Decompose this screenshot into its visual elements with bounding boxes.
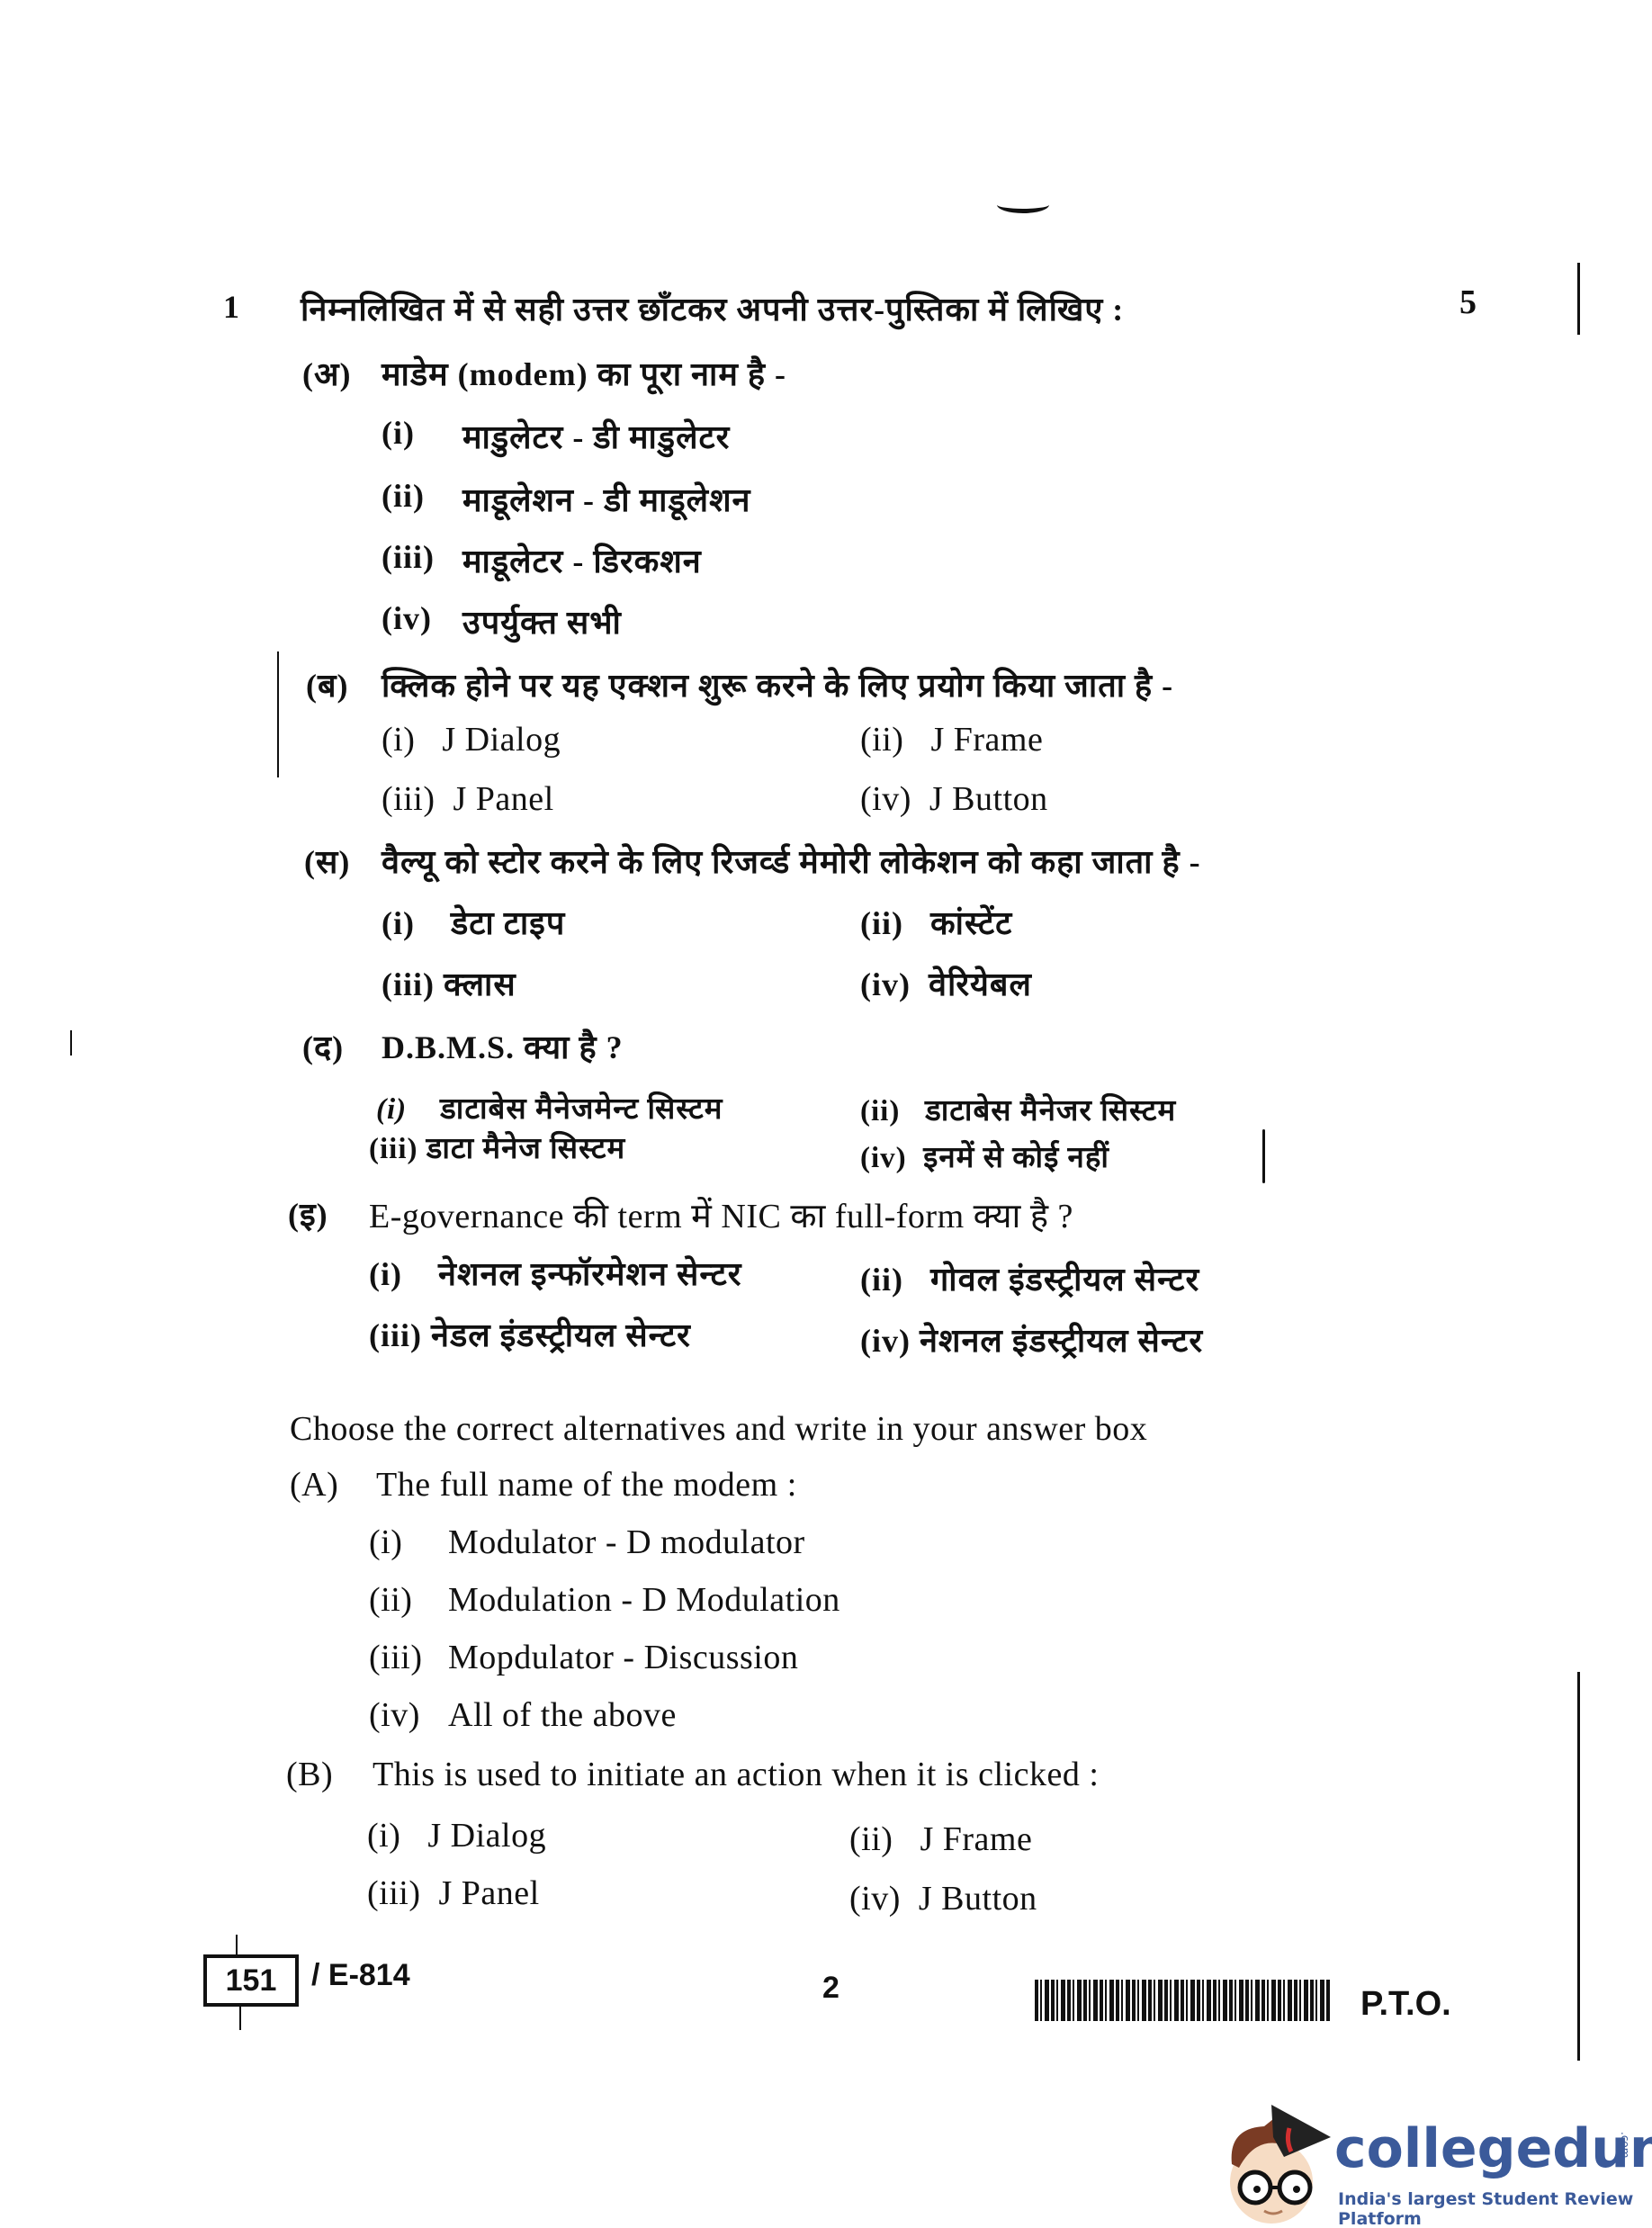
option-text: J Dialog bbox=[442, 721, 561, 759]
english-qA-label: (A) bbox=[290, 1465, 338, 1505]
option-text: J Button bbox=[919, 1880, 1037, 1918]
option-text: नेडल इंडस्ट्रीयल सेन्टर bbox=[431, 1317, 691, 1353]
left-tick-mark bbox=[70, 1030, 72, 1056]
hindi-q4-opt4: (iv) इनमें से कोई नहीं bbox=[860, 1136, 1109, 1176]
right-margin-line-bottom bbox=[1577, 1672, 1580, 2061]
option-label: (iii) bbox=[369, 1133, 417, 1165]
hindi-q1-opt3-text: माडूलेटर - डिरकशन bbox=[462, 538, 702, 582]
hindi-q5-label: (इ) bbox=[288, 1191, 328, 1235]
hindi-q4-text: D.B.M.S. क्या है ? bbox=[382, 1024, 624, 1068]
hindi-q2-opt4: (iv) J Button bbox=[860, 779, 1048, 819]
hindi-q3-opt2: (ii) कांस्टेंट bbox=[860, 900, 1012, 944]
hindi-q1-opt1-text: माडुलेटर - डी माडुलेटर bbox=[462, 414, 730, 458]
paper-code-box: 151 bbox=[203, 1954, 299, 2007]
option-label: (i) bbox=[376, 1093, 407, 1126]
brand-name: collegedunia bbox=[1334, 2117, 1652, 2180]
pto-label: P.T.O. bbox=[1360, 1985, 1451, 2024]
top-curve-mark bbox=[997, 196, 1049, 213]
option-label: (ii) bbox=[860, 721, 903, 759]
option-label: (iv) bbox=[860, 780, 911, 818]
option-label: (iv) bbox=[849, 1880, 901, 1918]
option-text: इनमें से कोई नहीं bbox=[923, 1142, 1109, 1174]
option-label: (ii) bbox=[860, 905, 903, 941]
hindi-q2-opt2: (ii) J Frame bbox=[860, 720, 1043, 759]
right-margin-line-top bbox=[1577, 263, 1580, 335]
brand-tagline: India's largest Student Review Platform bbox=[1338, 2189, 1651, 2228]
option-label: (iii) bbox=[367, 1874, 420, 1912]
english-qA-opt2-text: Modulation - D Modulation bbox=[448, 1580, 840, 1620]
option-label: (ii) bbox=[860, 1262, 903, 1298]
option-text: J Frame bbox=[920, 1820, 1032, 1858]
english-qA-opt1-label: (i) bbox=[369, 1523, 402, 1562]
option-text: डाटाबेस मैनेजर सिस्टम bbox=[925, 1095, 1176, 1127]
hindi-q2-opt1: (i) J Dialog bbox=[382, 720, 561, 759]
option-text: J Button bbox=[929, 780, 1048, 818]
marks-value: 5 bbox=[1459, 283, 1477, 322]
option-label: (ii) bbox=[860, 1095, 900, 1127]
english-qA-opt4-label: (iv) bbox=[369, 1695, 420, 1735]
english-qA-opt3-text: Mopdulator - Discussion bbox=[448, 1638, 798, 1677]
hindi-instruction: निम्नलिखित में से सही उत्तर छाँटकर अपनी … bbox=[301, 286, 1124, 330]
hindi-q5-opt3: (iii) नेडल इंडस्ट्रीयल सेन्टर bbox=[369, 1312, 691, 1356]
page-number: 2 bbox=[822, 1971, 839, 2006]
english-qA-text: The full name of the modem : bbox=[376, 1465, 797, 1505]
option-label: (i) bbox=[382, 905, 415, 941]
hindi-q1-opt3-label: (iii) bbox=[382, 538, 435, 576]
option-label: (iv) bbox=[860, 1142, 907, 1174]
hindi-q1-opt1-label: (i) bbox=[382, 414, 415, 452]
brand-domain-suffix: .com bbox=[1619, 2132, 1631, 2158]
option-text: नेशनल इन्फॉरमेशन सेन्टर bbox=[438, 1256, 742, 1292]
option-label: (iv) bbox=[860, 966, 911, 1002]
option-label: (ii) bbox=[849, 1820, 893, 1858]
option-text: गोवल इंडस्ट्रीयल सेन्टर bbox=[930, 1262, 1199, 1298]
option-label: (iii) bbox=[382, 780, 435, 818]
option-text: J Panel bbox=[438, 1874, 539, 1912]
hindi-q5-opt2: (ii) गोवल इंडस्ट्रीयल सेन्टर bbox=[860, 1256, 1199, 1300]
hindi-q4-opt1: (i) डाटाबेस मैनेजमेन्ट सिस्टम bbox=[376, 1087, 723, 1127]
option-text: वेरियेबल bbox=[929, 966, 1032, 1002]
handwritten-bracket-mark bbox=[1262, 1129, 1265, 1183]
option-text: J Dialog bbox=[427, 1817, 546, 1855]
hindi-q4-opt3: (iii) डाटा मैनेज सिस्टम bbox=[369, 1127, 625, 1167]
option-text: नेशनल इंडस्ट्रीयल सेन्टर bbox=[920, 1323, 1203, 1359]
english-qA-opt2-label: (ii) bbox=[369, 1580, 412, 1620]
option-text: डाटाबेस मैनेजमेन्ट सिस्टम bbox=[440, 1093, 723, 1126]
option-label: (iii) bbox=[382, 966, 435, 1002]
option-text: J Panel bbox=[453, 780, 553, 818]
option-label: (iii) bbox=[369, 1317, 422, 1353]
english-qA-opt1-text: Modulator - D modulator bbox=[448, 1523, 805, 1562]
english-qB-text: This is used to initiate an action when … bbox=[373, 1755, 1099, 1794]
english-qB-label: (B) bbox=[286, 1755, 333, 1794]
option-label: (i) bbox=[382, 721, 415, 759]
hindi-q3-label: (स) bbox=[304, 839, 350, 883]
student-mascot-icon bbox=[1219, 2101, 1336, 2227]
hindi-q5-opt4: (iv) नेशनल इंडस्ट्रीयल सेन्टर bbox=[860, 1317, 1203, 1361]
barcode bbox=[1035, 1980, 1332, 2021]
option-label: (i) bbox=[367, 1817, 400, 1855]
paper-code: / E-814 bbox=[311, 1958, 410, 1993]
option-text: कांस्टेंट bbox=[930, 905, 1012, 941]
option-text: डाटा मैनेज सिस्टम bbox=[426, 1133, 625, 1165]
hindi-q1-text: माडेम (modem) का पूरा नाम है - bbox=[382, 351, 786, 395]
hindi-q3-opt1: (i) डेटा टाइप bbox=[382, 900, 565, 944]
english-qB-opt1: (i) J Dialog bbox=[367, 1816, 546, 1855]
hindi-q3-opt4: (iv) वेरियेबल bbox=[860, 961, 1032, 1005]
hindi-q1-label: (अ) bbox=[302, 351, 351, 395]
option-text: डेटा टाइप bbox=[451, 905, 565, 941]
option-text: क्लास bbox=[444, 966, 516, 1002]
english-qB-opt4: (iv) J Button bbox=[849, 1879, 1037, 1918]
english-qA-opt3-label: (iii) bbox=[369, 1638, 422, 1677]
option-label: (i) bbox=[369, 1256, 402, 1292]
hindi-q1-opt4-label: (iv) bbox=[382, 599, 432, 637]
hindi-q2-text: क्लिक होने पर यह एक्शन शुरू करने के लिए … bbox=[382, 662, 1173, 706]
hindi-q2-label: (ब) bbox=[306, 662, 349, 706]
footer-tick-top bbox=[236, 1935, 238, 1954]
hindi-q1-opt2-label: (ii) bbox=[382, 477, 425, 515]
footer-tick-bottom bbox=[239, 2007, 241, 2030]
hindi-q3-opt3: (iii) क्लास bbox=[382, 961, 516, 1005]
hindi-q4-label: (द) bbox=[302, 1024, 344, 1068]
hindi-q3-text: वैल्यू को स्टोर करने के लिए रिजर्व्ड मेम… bbox=[382, 839, 1201, 883]
hindi-q1-opt4-text: उपर्युक्त सभी bbox=[462, 599, 622, 643]
english-qB-opt2: (ii) J Frame bbox=[849, 1819, 1032, 1859]
english-qB-opt3: (iii) J Panel bbox=[367, 1873, 540, 1913]
left-bracket-mark bbox=[277, 651, 279, 777]
hindi-q2-opt3: (iii) J Panel bbox=[382, 779, 554, 819]
hindi-q5-opt1: (i) नेशनल इन्फॉरमेशन सेन्टर bbox=[369, 1251, 742, 1295]
hindi-q4-opt2: (ii) डाटाबेस मैनेजर सिस्टम bbox=[860, 1089, 1176, 1129]
collegedunia-watermark: collegedunia .com India's largest Studen… bbox=[1219, 2101, 1651, 2227]
option-label: (iv) bbox=[860, 1323, 911, 1359]
english-qA-opt4-text: All of the above bbox=[448, 1695, 677, 1735]
hindi-q5-text: E-governance की term में NIC का full-for… bbox=[369, 1191, 1073, 1238]
hindi-q1-opt2-text: माडूलेशन - डी माडूलेशन bbox=[462, 477, 751, 521]
question-number: 1 bbox=[223, 288, 240, 326]
option-text: J Frame bbox=[930, 721, 1043, 759]
english-instruction: Choose the correct alternatives and writ… bbox=[290, 1409, 1270, 1449]
